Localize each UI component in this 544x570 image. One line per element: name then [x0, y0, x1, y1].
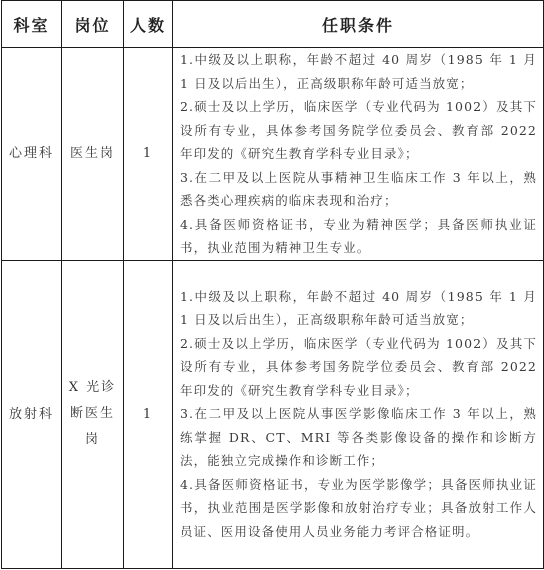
header-requirements: 任职条件 [173, 1, 544, 48]
position-text: 医生岗 [70, 146, 115, 161]
requirement-item: 4.具备医师资格证书，专业为精神医学；具备医师执业证书，执业范围为精神卫生专业。 [180, 213, 537, 260]
position-text: X 光诊断医生岗 [68, 375, 118, 453]
count-text: 1 [143, 407, 153, 422]
table-row: 放射科 X 光诊断医生岗 1 1.中级及以上职称，年龄不超过 40 周岁（198… [2, 260, 544, 568]
requirements-cell: 1.中级及以上职称，年龄不超过 40 周岁（1985 年 1 月 1 日及以后出… [173, 48, 544, 261]
requirement-item: 2.硕士及以上学历，临床医学（专业代码为 1002）及其下设所有专业，具体参考国… [180, 95, 537, 166]
requirements-cell: 1.中级及以上职称，年龄不超过 40 周岁（1985 年 1 月 1 日及以后出… [173, 260, 544, 568]
header-department: 科室 [2, 1, 62, 48]
requirement-item: 1.中级及以上职称，年龄不超过 40 周岁（1985 年 1 月 1 日及以后出… [180, 285, 537, 332]
count-cell: 1 [124, 260, 173, 568]
requirement-item: 4.具备医师资格证书，专业为医学影像学；具备医师执业证书，执业范围是医学影像和放… [180, 473, 537, 544]
requirement-item: 1.中级及以上职称，年龄不超过 40 周岁（1985 年 1 月 1 日及以后出… [180, 48, 537, 95]
job-requirements-table: 科室 岗位 人数 任职条件 心理科 医生岗 1 1.中级及以上职称，年龄不超过 … [1, 0, 544, 569]
department-cell: 心理科 [2, 48, 62, 261]
department-cell: 放射科 [2, 260, 62, 568]
header-count: 人数 [124, 1, 173, 48]
department-text: 放射科 [9, 407, 54, 422]
requirement-item: 2.硕士及以上学历，临床医学（专业代码为 1002）及其下设所有专业，具体参考国… [180, 332, 537, 403]
count-text: 1 [143, 146, 153, 161]
department-text: 心理科 [9, 146, 54, 161]
requirement-item: 3.在二甲及以上医院从事精神卫生临床工作 3 年以上，熟悉各类心理疾病的临床表现… [180, 166, 537, 213]
table-row: 心理科 医生岗 1 1.中级及以上职称，年龄不超过 40 周岁（1985 年 1… [2, 48, 544, 261]
position-cell: X 光诊断医生岗 [62, 260, 124, 568]
header-position: 岗位 [62, 1, 124, 48]
count-cell: 1 [124, 48, 173, 261]
position-cell: 医生岗 [62, 48, 124, 261]
requirement-item: 3.在二甲及以上医院从事医学影像临床工作 3 年以上，熟练掌握 DR、CT、MR… [180, 402, 537, 473]
table-header-row: 科室 岗位 人数 任职条件 [2, 1, 544, 48]
